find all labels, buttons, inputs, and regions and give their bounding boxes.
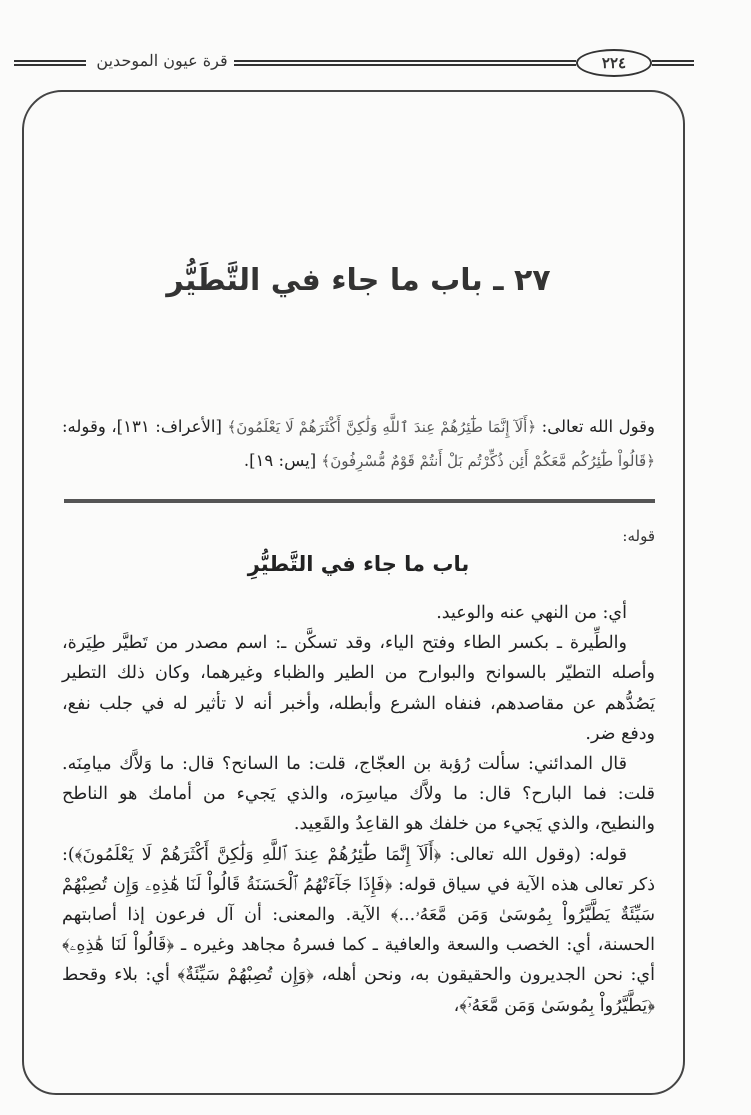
page-header: قرة عيون الموحدين ٢٢٤ [14,47,694,81]
page-number: ٢٢٤ [576,49,652,77]
chapter-intro: وقول الله تعالى: ﴿أَلَآ إِنَّمَا طَٰٓئِر… [62,410,655,478]
verse-reference-1: [الأعراف: ١٣١]، وقوله: [62,417,227,436]
paragraph: أي: من النهي عنه والوعيد. [62,598,655,628]
header-rule-right [652,60,694,66]
header-rule-middle [234,60,576,66]
quran-verse-1: ﴿أَلَآ إِنَّمَا طَٰٓئِرُهُمْ عِندَ ٱللَّ… [227,418,536,436]
header-rule-left [14,60,86,66]
running-title: قرة عيون الموحدين [94,51,230,70]
paragraph: والطِّيرة ـ بكسر الطاء وفتح الياء، وقد ت… [62,628,655,749]
commentary-label: قوله: [62,527,655,545]
paragraph: قوله: (وقول الله تعالى: ﴿أَلَآ إِنَّمَا … [62,840,655,1021]
intro-prefix-1: وقول الله تعالى: [536,417,655,436]
commentary-subtitle: باب ما جاء في التَّطيُّرِ [62,552,655,576]
paragraph: قال المدائني: سألت رُؤبة بن العجّاج، قلت… [62,749,655,840]
verse-reference-2: [يس: ١٩]. [244,451,322,470]
chapter-title: ٢٧ ـ باب ما جاء في التَّطَيُّر [62,263,655,298]
commentary-body: أي: من النهي عنه والوعيد. والطِّيرة ـ بك… [62,598,655,1021]
section-divider [64,499,655,503]
quran-verse-2: ﴿قَالُواْ طَٰٓئِرُكُم مَّعَكُمْ أَئِن ذُ… [321,452,655,470]
